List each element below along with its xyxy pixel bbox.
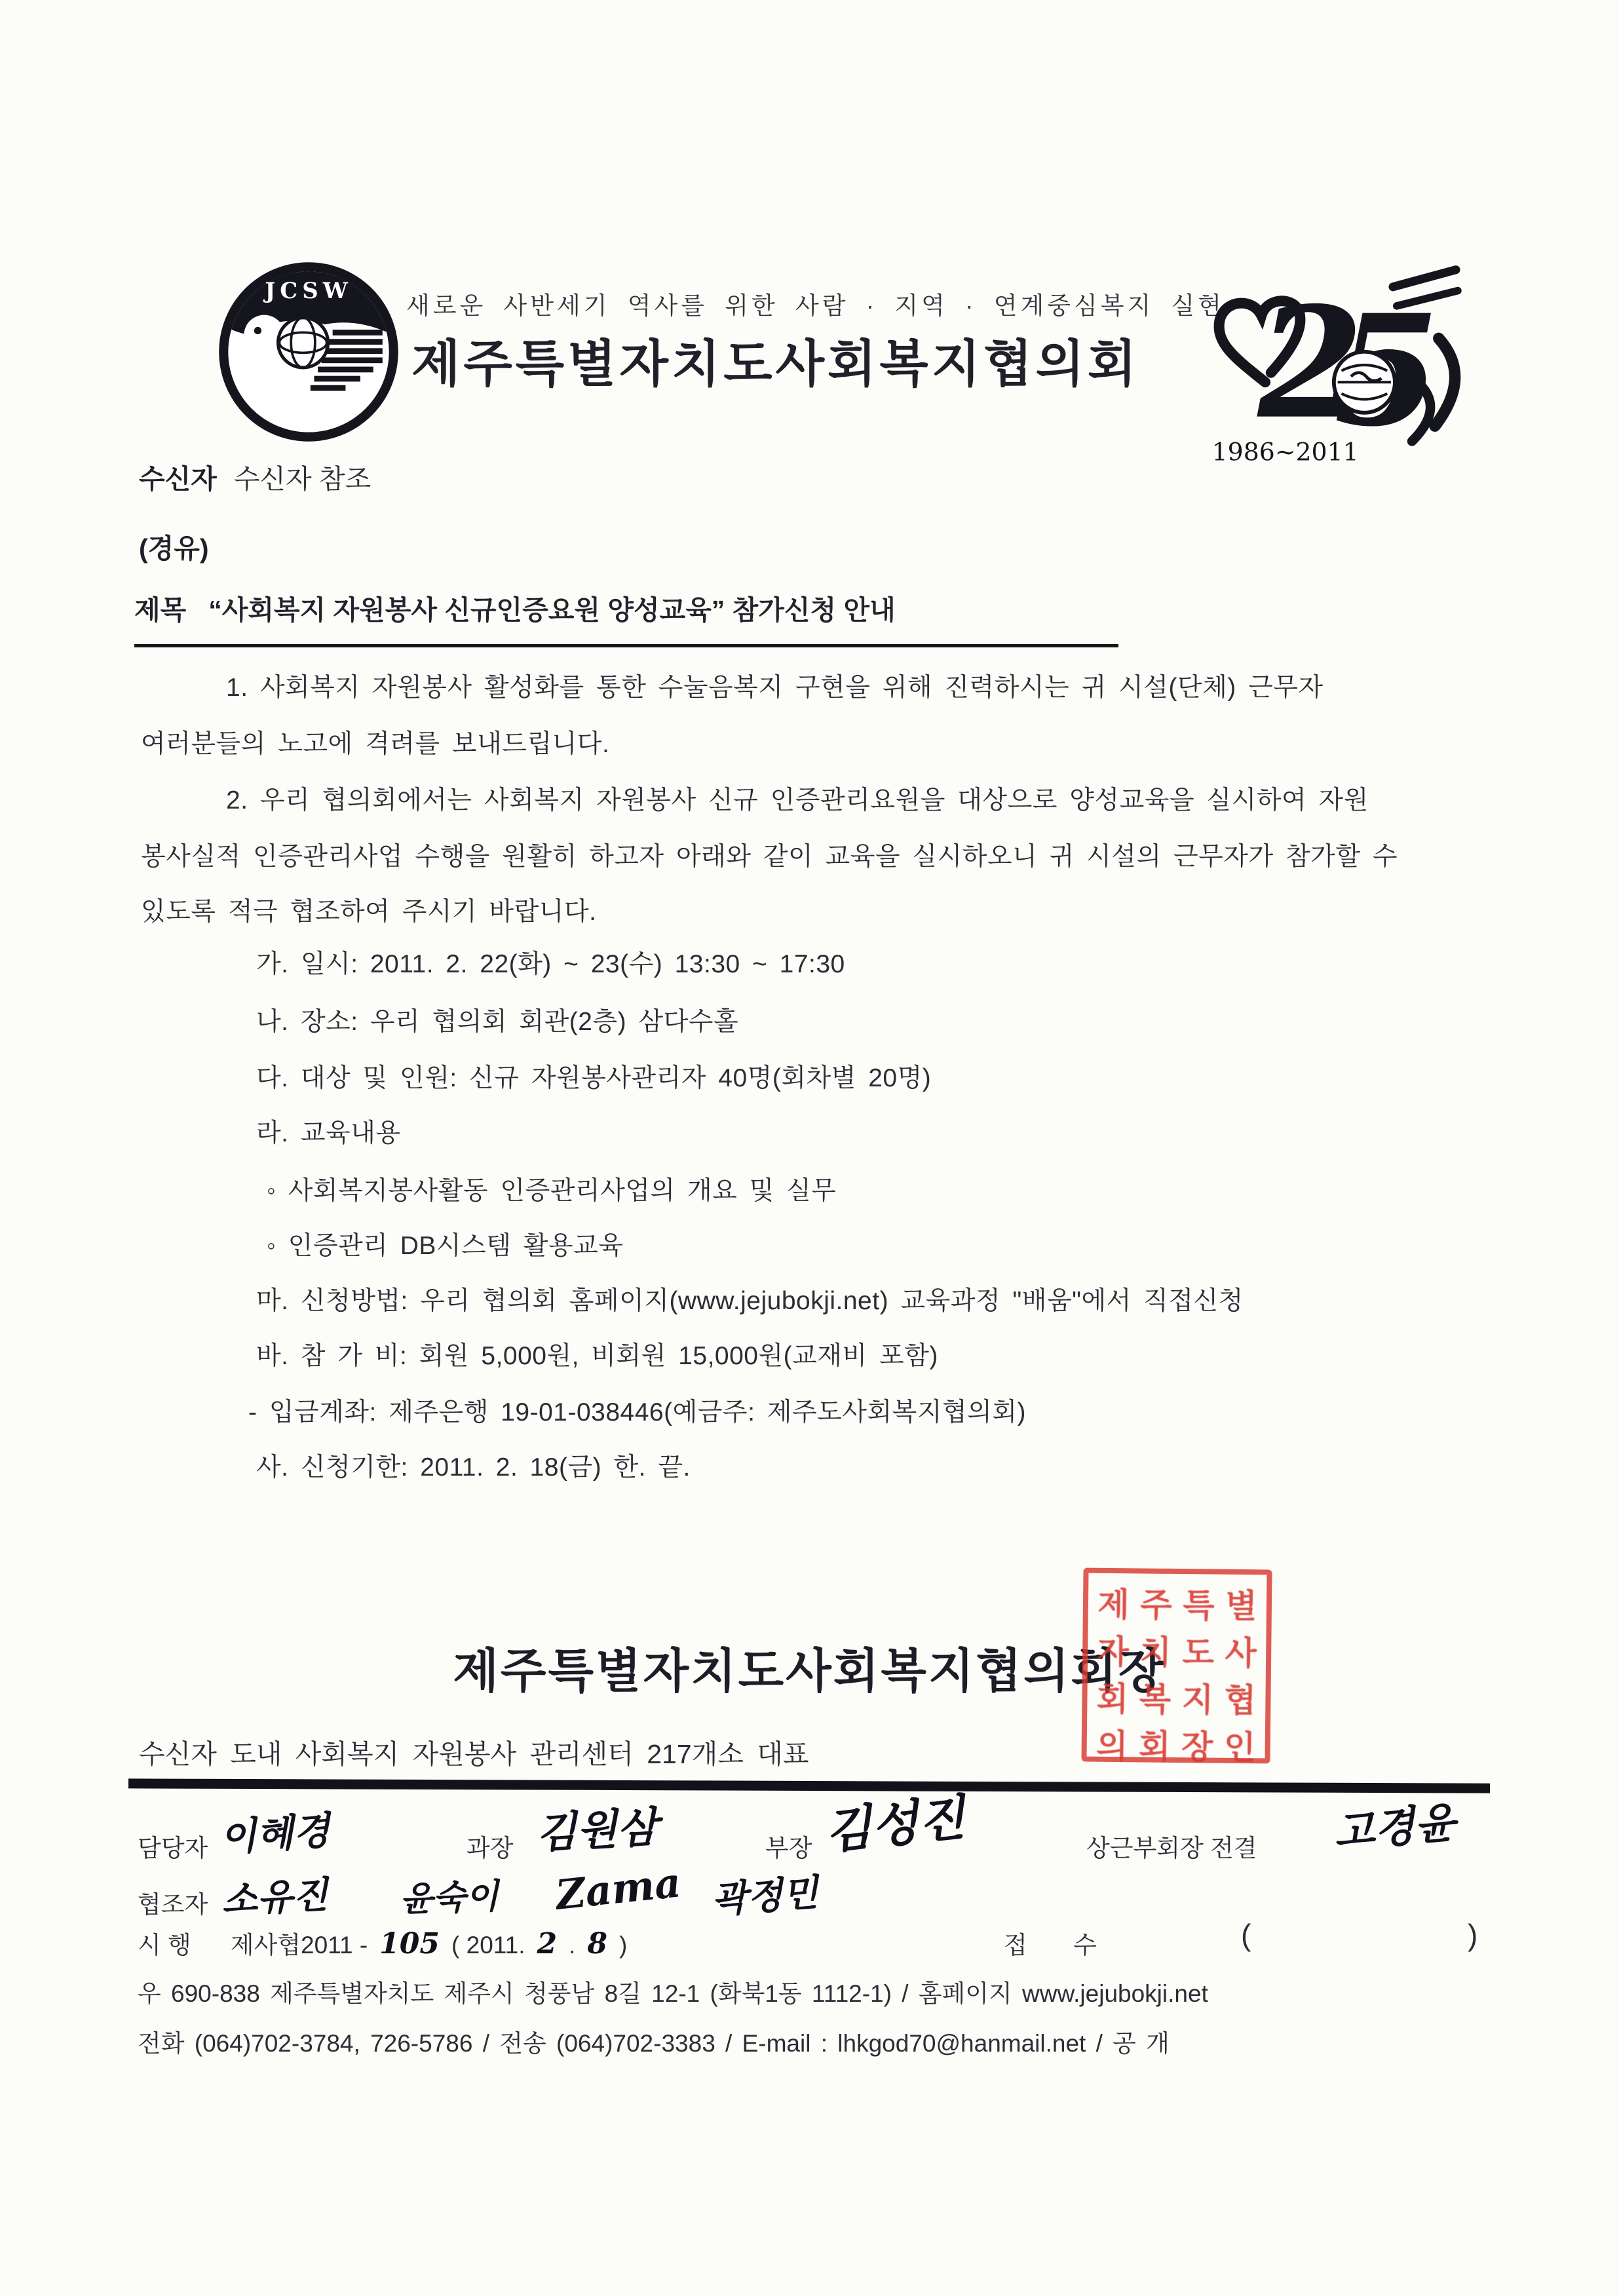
seal-char: 자 <box>1092 1626 1135 1674</box>
department-head-label: 부장 <box>765 1828 812 1864</box>
subject-value: “사회복지 자원봉사 신규인증요원 양성교육” 참가신청 안내 <box>208 595 896 625</box>
dispatch-label: 시 행 <box>138 1932 191 1959</box>
official-red-seal: 제 주 특 별 자 치 도 사 회 복 지 협 의 회 장 인 <box>1081 1568 1272 1764</box>
body-line: 바. 참 가 비: 회원 5,000원, 비회원 15,000원(교재비 포함) <box>141 1335 938 1372</box>
seal-char: 의 <box>1090 1720 1133 1768</box>
department-head-signature: 김성진 <box>821 1779 968 1863</box>
cooperator-label: 협조자 <box>138 1885 208 1920</box>
dispatch-date-close: ) <box>619 1932 627 1959</box>
via-row: (경유) <box>139 527 209 565</box>
scanned-official-letter: JCSW 새로운 사반세기 역사를 위한 사람 · 지역 · 연계중심복지 실현… <box>0 0 1619 2296</box>
jcsw-dove-logo-icon: JCSW <box>216 259 401 444</box>
cooperator-signature: 곽정민 <box>710 1864 819 1923</box>
body-line: 1. 사회복지 자원봉사 활성화를 통한 수눌음복지 구현을 위해 진력하시는 … <box>141 667 1324 704</box>
seal-char: 특 <box>1177 1579 1221 1627</box>
address-line: 우 690-838 제주특별자치도 제주시 청풍남 8길 12-1 (화북1동 … <box>138 1974 1208 2009</box>
body-line: 라. 교육내용 <box>141 1113 401 1149</box>
logo-acronym: JCSW <box>263 277 352 303</box>
dispatch-number-prefix: 제사협2011 - <box>231 1932 368 1959</box>
header-slogan: 새로운 사반세기 역사를 위한 사람 · 지역 · 연계중심복지 실현 <box>406 286 1225 321</box>
anniversary-years: 1986~2011 <box>1212 438 1359 467</box>
distribution-line: 수신자 도내 사회복지 자원봉사 관리센터 217개소 대표 <box>139 1732 809 1771</box>
dispatch-month-handwritten: 2 <box>537 1927 557 1961</box>
seal-char: 인 <box>1218 1721 1261 1769</box>
seal-char: 지 <box>1176 1674 1219 1721</box>
body-line: - 입금계좌: 제주은행 19-01-038446(예금주: 제주도사회복지협의… <box>141 1392 1026 1428</box>
receipt-paren-close: ) <box>1468 1917 1477 1953</box>
footer-divider <box>128 1778 1490 1793</box>
25th-anniversary-logo-icon: 2 5 1986~2011 <box>1207 262 1495 472</box>
body-line: 사. 신청기한: 2011. 2. 18(금) 한. 끝. <box>141 1447 691 1483</box>
seal-char: 회 <box>1133 1720 1176 1768</box>
recipient-value: 수신자 참조 <box>234 464 371 494</box>
body-line: ◦ 인증관리 DB시스템 활용교육 <box>141 1225 623 1262</box>
subject-row: 제목“사회복지 자원봉사 신규인증요원 양성교육” 참가신청 안내 <box>134 588 1118 647</box>
organization-name: 제주특별자치도사회복지협의회 <box>411 324 1139 396</box>
seal-char: 회 <box>1091 1673 1134 1721</box>
cooperator-signature: 윤숙이 <box>399 1868 499 1921</box>
dispatch-number-handwritten: 105 <box>379 1927 440 1961</box>
seal-char: 도 <box>1177 1626 1220 1674</box>
cooperator-signature: 소유진 <box>220 1866 329 1924</box>
seal-char: 장 <box>1175 1721 1219 1769</box>
dispatch-day-handwritten: 8 <box>587 1927 607 1961</box>
subject-label: 제목 <box>134 595 186 625</box>
drafter-signature: 이혜경 <box>218 1799 332 1862</box>
body-line: 여러분들의 노고에 격려를 보내드립니다. <box>141 723 609 760</box>
body-line: 마. 신청방법: 우리 협의회 홈페이지(www.jejubokji.net) … <box>141 1280 1244 1317</box>
receipt-label: 접 수 <box>1004 1925 1116 1961</box>
body-line: 나. 장소: 우리 협의회 회관(2층) 삼다수홀 <box>141 1001 738 1038</box>
recipient-row: 수신자수신자 참조 <box>139 457 371 496</box>
body-line: 있도록 적극 협조하여 주시기 바랍니다. <box>141 891 596 928</box>
drafter-label: 담당자 <box>138 1828 208 1864</box>
contact-line: 전화 (064)702-3784, 726-5786 / 전송 (064)702… <box>138 2023 1170 2059</box>
dispatch-row: 시 행제사협2011 -105( 2011.2.8) <box>138 1925 627 1961</box>
seal-char: 제 <box>1092 1578 1135 1626</box>
vice-chair-approval-label: 상근부회장 전결 <box>1086 1828 1257 1864</box>
body-line: 가. 일시: 2011. 2. 22(화) ~ 23(수) 13:30 ~ 17… <box>141 944 845 980</box>
seal-char: 치 <box>1134 1626 1177 1674</box>
vice-chair-signature: 고경윤 <box>1331 1789 1457 1860</box>
section-chief-signature: 김원삼 <box>535 1793 659 1860</box>
dispatch-date-open: ( 2011. <box>451 1932 525 1959</box>
recipient-label: 수신자 <box>139 464 217 494</box>
seal-char: 협 <box>1219 1674 1262 1722</box>
seal-char: 복 <box>1133 1673 1177 1721</box>
seal-char: 주 <box>1135 1578 1178 1626</box>
seal-char: 별 <box>1220 1580 1263 1628</box>
body-line: 봉사실적 인증관리사업 수행을 원활히 하고자 아래와 같이 교육을 실시하오니… <box>141 836 1398 873</box>
body-line: 2. 우리 협의회에서는 사회복지 자원봉사 신규 인증관리요원을 대상으로 양… <box>141 780 1369 816</box>
body-line: 다. 대상 및 인원: 신규 자원봉사관리자 40명(회차별 20명) <box>141 1058 931 1094</box>
dispatch-dot: . <box>569 1932 575 1959</box>
receipt-paren-open: ( <box>1241 1917 1251 1953</box>
cooperator-signature: Zama <box>554 1858 683 1919</box>
signer-title: 제주특별자치도사회복지협의회장 <box>0 1633 1619 1701</box>
seal-char: 사 <box>1219 1627 1263 1675</box>
body-line: ◦ 사회복지봉사활동 인증관리사업의 개요 및 실무 <box>141 1170 836 1207</box>
section-chief-label: 과장 <box>467 1828 513 1864</box>
